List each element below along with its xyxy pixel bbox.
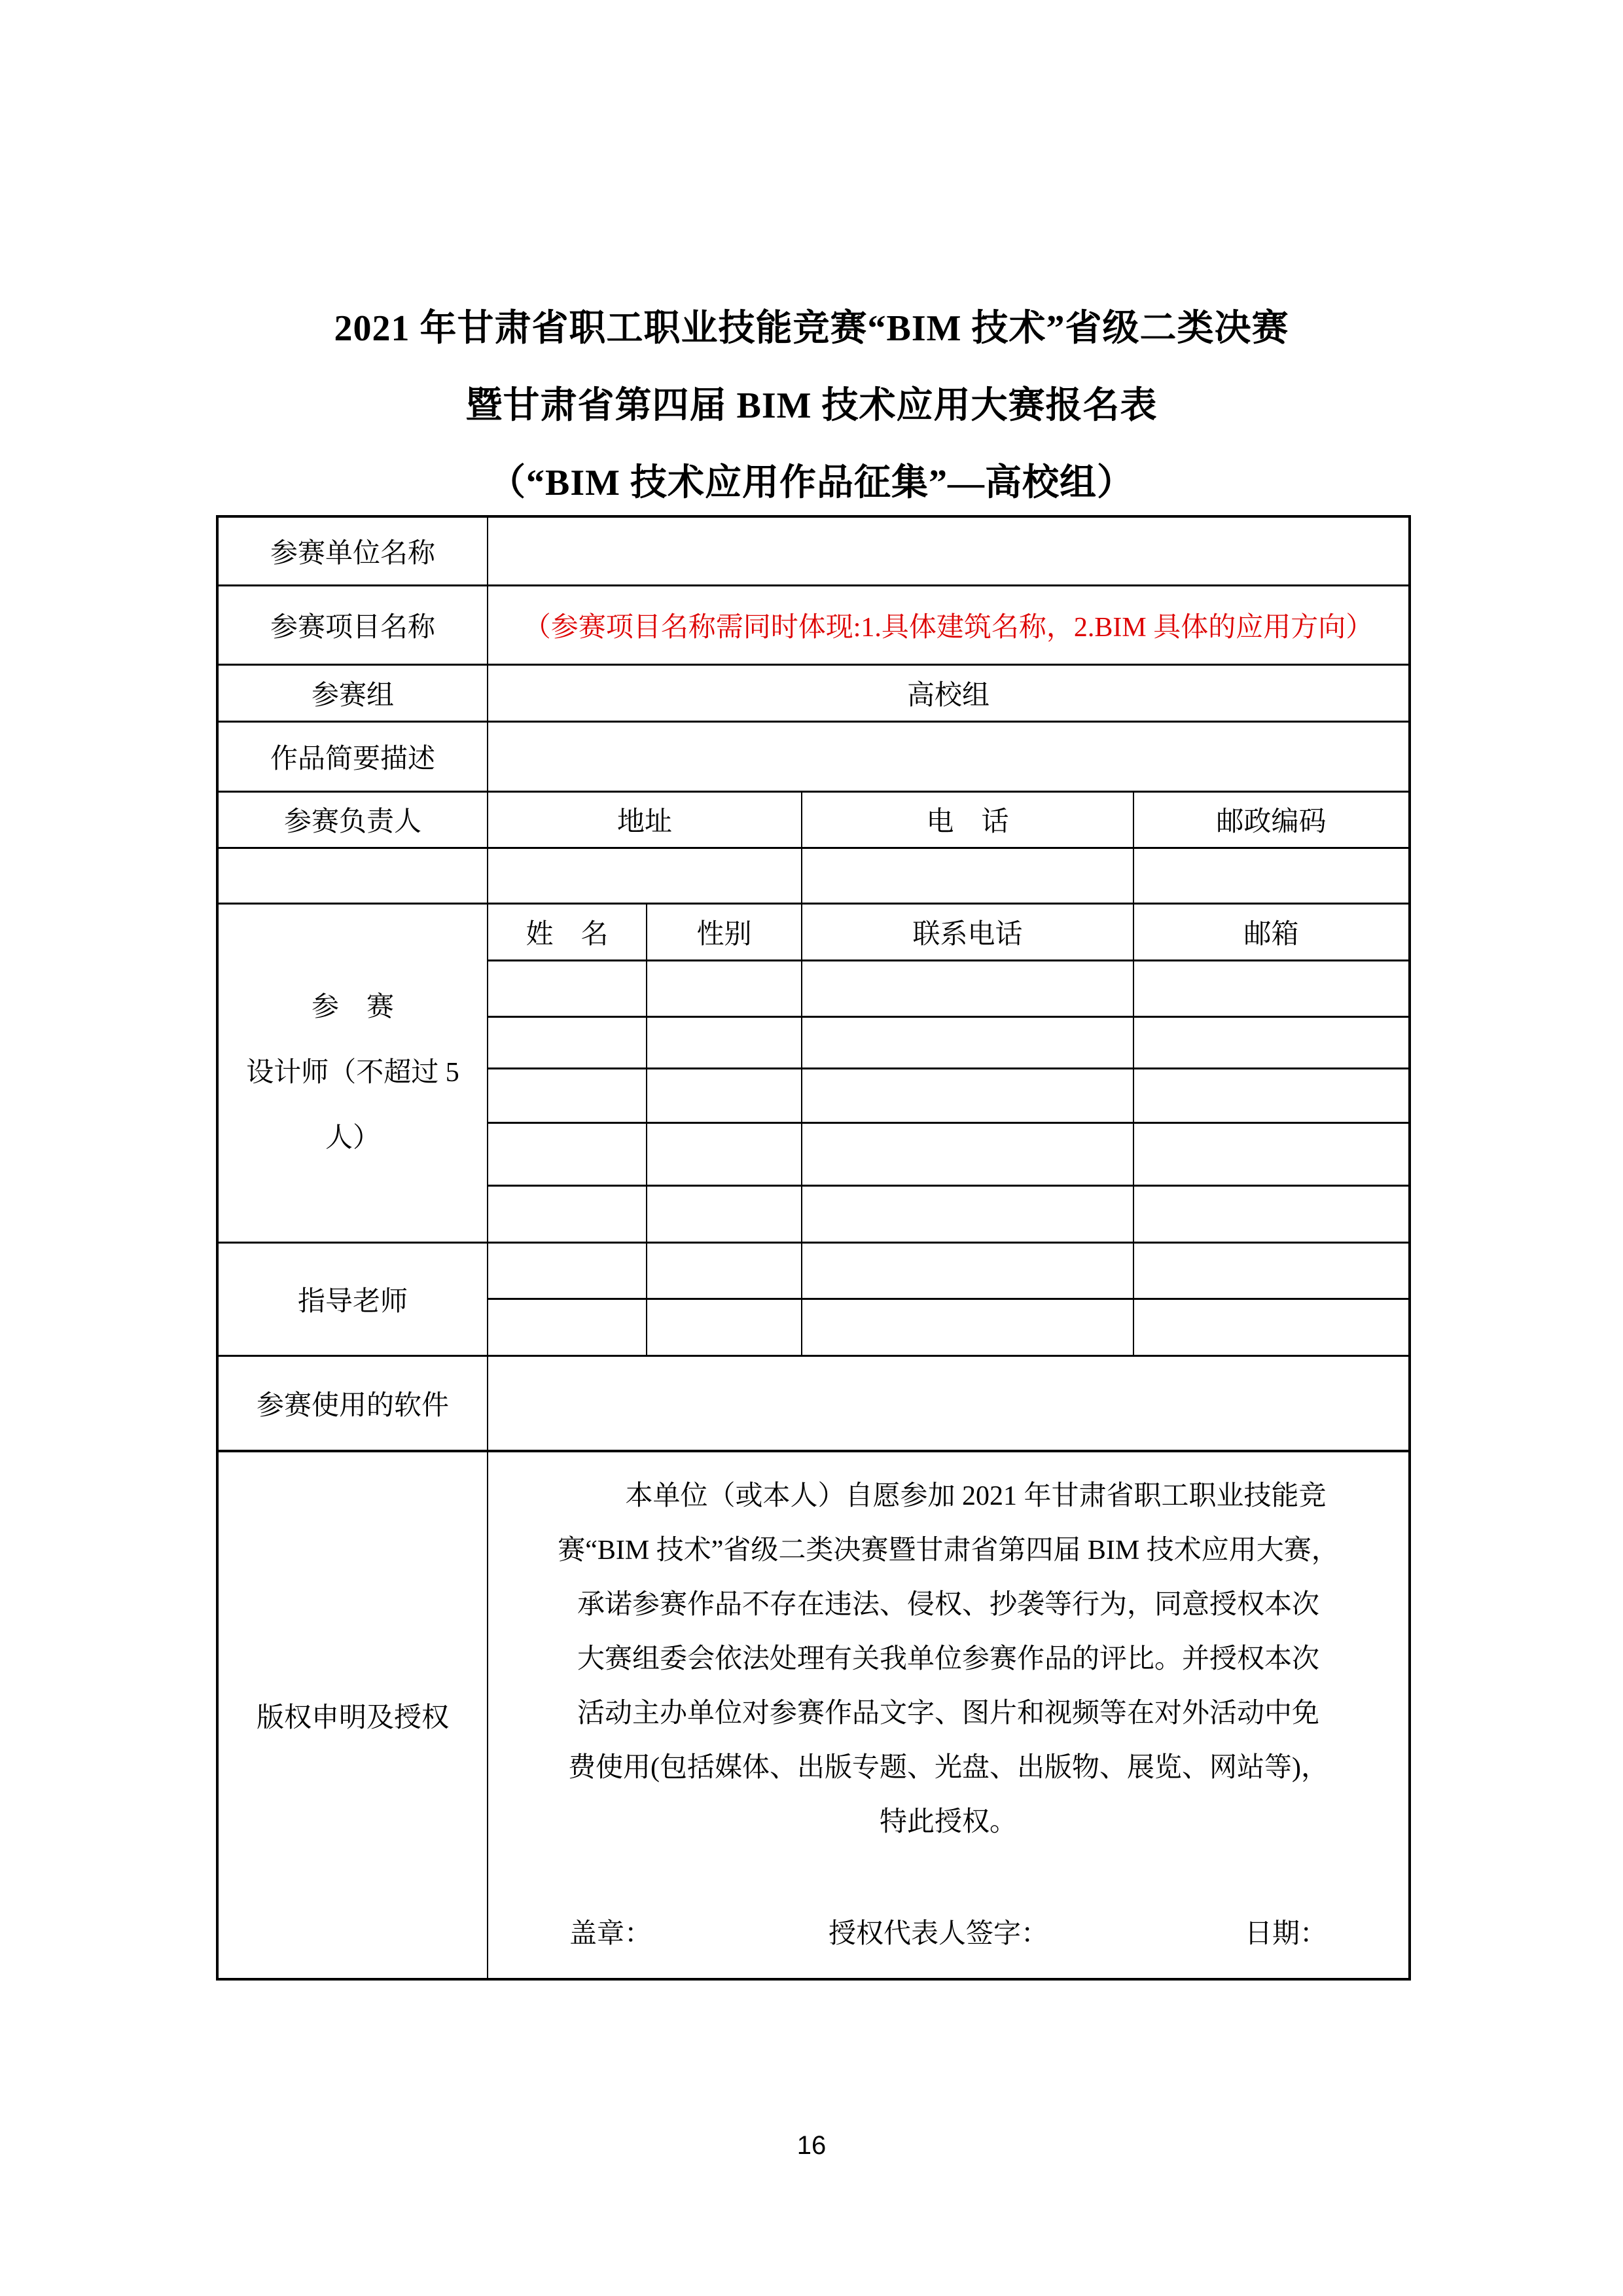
row-leader-values: [217, 848, 1410, 903]
software-label: 参赛使用的软件: [217, 1355, 488, 1451]
designer-3-gender-cell: [647, 1068, 802, 1122]
teacher-2-phone-cell: [802, 1299, 1133, 1355]
teacher-label: 指导老师: [217, 1242, 488, 1355]
designer-phone-header: 联系电话: [802, 903, 1133, 960]
designer-2-gender-cell: [647, 1016, 802, 1068]
designer-5-name-cell: [488, 1185, 647, 1242]
designer-2-phone-cell: [802, 1016, 1133, 1068]
page-number: 16: [0, 2131, 1623, 2161]
designer-2-email-cell: [1133, 1016, 1410, 1068]
unit-name-value-cell: [488, 516, 1410, 585]
designer-3-email-cell: [1133, 1068, 1410, 1122]
row-description: 作品简要描述: [217, 721, 1410, 791]
teacher-1-email-cell: [1133, 1242, 1410, 1299]
project-name-note: （参赛项目名称需同时体现:1.具体建筑名称，2.BIM 具体的应用方向）: [488, 585, 1410, 664]
designer-email-header: 邮箱: [1133, 903, 1410, 960]
designer-1-email-cell: [1133, 960, 1410, 1016]
designer-4-name-cell: [488, 1122, 647, 1185]
row-designer-header: 参 赛 设计师（不超过 5 人） 姓 名 性别 联系电话 邮箱: [217, 903, 1410, 960]
leader-address-header: 地址: [488, 791, 802, 848]
designer-5-phone-cell: [802, 1185, 1133, 1242]
designer-1-phone-cell: [802, 960, 1133, 1016]
copyright-label: 版权申明及授权: [217, 1451, 488, 1979]
teacher-1-gender-cell: [647, 1242, 802, 1299]
row-software: 参赛使用的软件: [217, 1355, 1410, 1451]
designer-3-phone-cell: [802, 1068, 1133, 1122]
teacher-row-1: 指导老师: [217, 1242, 1410, 1299]
title-line-3: （“BIM 技术应用作品征集”—高校组）: [0, 444, 1623, 522]
group-label: 参赛组: [217, 664, 488, 721]
row-unit-name: 参赛单位名称: [217, 516, 1410, 585]
designer-5-email-cell: [1133, 1185, 1410, 1242]
software-value-cell: [488, 1355, 1410, 1451]
signer-label: 授权代表人签字：: [829, 1919, 1048, 1949]
copyright-statement: 本单位（或本人）自愿参加 2021 年甘肃省职工职业技能竞 赛“BIM 技术”省…: [488, 1469, 1408, 1850]
teacher-1-name-cell: [488, 1242, 647, 1299]
copyright-content-cell: 本单位（或本人）自愿参加 2021 年甘肃省职工职业技能竞 赛“BIM 技术”省…: [488, 1451, 1410, 1979]
signature-line: 盖章：授权代表人签字：日期：: [488, 1907, 1408, 1962]
description-label: 作品简要描述: [217, 721, 488, 791]
leader-phone-header: 电 话: [802, 791, 1133, 848]
row-group: 参赛组 高校组: [217, 664, 1410, 721]
leader-label: 参赛负责人: [217, 791, 488, 848]
teacher-2-name-cell: [488, 1299, 647, 1355]
teacher-1-phone-cell: [802, 1242, 1133, 1299]
leader-postcode-cell: [1133, 848, 1410, 903]
designer-1-name-cell: [488, 960, 647, 1016]
leader-address-cell: [488, 848, 802, 903]
description-value-cell: [488, 721, 1410, 791]
designer-4-gender-cell: [647, 1122, 802, 1185]
teacher-2-gender-cell: [647, 1299, 802, 1355]
teacher-2-email-cell: [1133, 1299, 1410, 1355]
designers-label: 参 赛 设计师（不超过 5 人）: [217, 903, 488, 1242]
row-copyright: 版权申明及授权 本单位（或本人）自愿参加 2021 年甘肃省职工职业技能竞 赛“…: [217, 1451, 1410, 1979]
project-name-label: 参赛项目名称: [217, 585, 488, 664]
designer-4-phone-cell: [802, 1122, 1133, 1185]
designer-name-header: 姓 名: [488, 903, 647, 960]
unit-name-label: 参赛单位名称: [217, 516, 488, 585]
designer-3-name-cell: [488, 1068, 647, 1122]
registration-form-table: 参赛单位名称 参赛项目名称 （参赛项目名称需同时体现:1.具体建筑名称，2.BI…: [216, 515, 1411, 1981]
title-line-2: 暨甘肃省第四届 BIM 技术应用大赛报名表: [0, 367, 1623, 444]
leader-name-cell: [217, 848, 488, 903]
document-page: 2021 年甘肃省职工职业技能竞赛“BIM 技术”省级二类决赛 暨甘肃省第四届 …: [0, 0, 1623, 2296]
designer-1-gender-cell: [647, 960, 802, 1016]
leader-phone-cell: [802, 848, 1133, 903]
designer-5-gender-cell: [647, 1185, 802, 1242]
designer-gender-header: 性别: [647, 903, 802, 960]
date-label: 日期：: [1245, 1919, 1327, 1949]
seal-label: 盖章：: [569, 1919, 652, 1949]
document-title: 2021 年甘肃省职工职业技能竞赛“BIM 技术”省级二类决赛 暨甘肃省第四届 …: [0, 290, 1623, 522]
row-project-name: 参赛项目名称 （参赛项目名称需同时体现:1.具体建筑名称，2.BIM 具体的应用…: [217, 585, 1410, 664]
row-leader-header: 参赛负责人 地址 电 话 邮政编码: [217, 791, 1410, 848]
group-value-cell: 高校组: [488, 664, 1410, 721]
designer-2-name-cell: [488, 1016, 647, 1068]
title-line-1: 2021 年甘肃省职工职业技能竞赛“BIM 技术”省级二类决赛: [0, 290, 1623, 367]
leader-postcode-header: 邮政编码: [1133, 791, 1410, 848]
designer-4-email-cell: [1133, 1122, 1410, 1185]
